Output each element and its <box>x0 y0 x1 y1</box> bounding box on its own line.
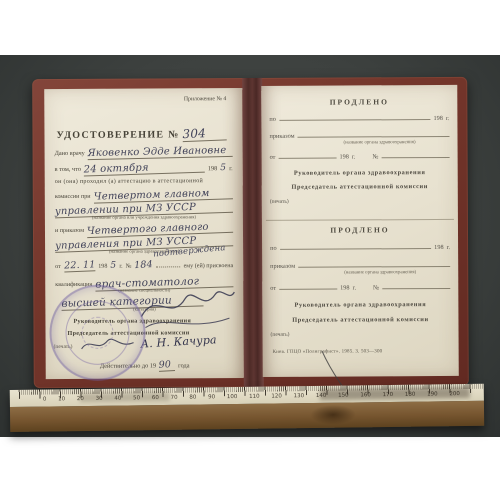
ruler-number: 180 <box>405 392 416 398</box>
ruler-number: 110 <box>249 394 260 400</box>
ruler-number: 100 <box>227 394 238 400</box>
ruler-number: 0 <box>43 397 47 403</box>
ruler-number: 10 <box>58 396 65 402</box>
ruler-number: 80 <box>189 395 196 401</box>
table-background: Приложение № 4 УДОСТОВЕРЕНИЕ № 304 Дано … <box>0 55 500 437</box>
ruler-number: 160 <box>360 392 371 398</box>
ruler-number: 40 <box>114 396 121 402</box>
ruler-number: 200 <box>449 391 460 397</box>
ruler-number: 170 <box>383 392 394 398</box>
ruler-number: 20 <box>77 396 84 402</box>
wood-knot <box>310 404 356 425</box>
measuring-ruler: 0102030405060708090100110120130140150160… <box>10 384 485 432</box>
ruler-number: 70 <box>171 395 178 401</box>
ruler-number: 60 <box>152 395 159 401</box>
ruler-number: 30 <box>96 396 103 402</box>
ruler-number: 50 <box>133 395 140 401</box>
stray-thread-mark <box>0 55 500 437</box>
ruler-number: 130 <box>294 393 305 399</box>
ruler-number: 120 <box>271 393 282 399</box>
ruler-number: 190 <box>427 391 438 397</box>
photo-of-certificate: Приложение № 4 УДОСТОВЕРЕНИЕ № 304 Дано … <box>0 0 500 500</box>
ruler-number: 150 <box>338 393 349 399</box>
ruler-number: 90 <box>208 394 215 400</box>
ruler-number: 140 <box>316 393 327 399</box>
